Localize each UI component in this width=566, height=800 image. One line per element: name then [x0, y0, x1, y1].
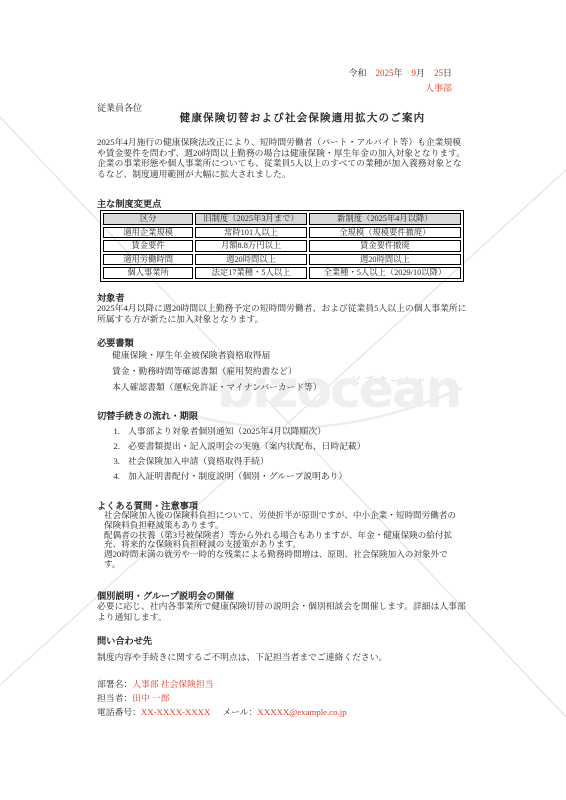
- table-header-cell: 旧制度（2025年3月まで）: [195, 213, 307, 225]
- target-paragraph: 2025年4月以降に週20時間以上勤務予定の短時間労働者、および従業員5人以上の…: [97, 303, 466, 324]
- sessions-line: より通知します。: [97, 612, 466, 623]
- contact-value: XX-XXXX-XXXX: [141, 707, 210, 717]
- flow-step-number: 2.: [106, 441, 120, 451]
- section-heading-contact: 問い合わせ先: [97, 633, 152, 647]
- table-cell: 週20時間以上: [195, 254, 307, 266]
- table-row: 個人事業所 法定17業種・5人以上 全業種・5人以上（2029/10以降）: [103, 267, 461, 279]
- table-row: 適用企業規模 常時101人以上 全規模（規模要件撤廃）: [103, 227, 461, 239]
- date-era: 令和: [348, 68, 366, 78]
- contact-row-department: 部署名：人事部 社会保険担当: [97, 680, 347, 689]
- section-heading-changes: 主な制度変更点: [97, 196, 161, 210]
- contact-value: XXXXX@example.co.jp: [257, 707, 346, 717]
- faq-line: 週20時間未満の就労や一時的な残業による勤務時間増は、原則、社会保険加入の対象外…: [104, 550, 456, 560]
- section-heading-sessions: 個別説明・グループ説明会の開催: [97, 588, 234, 602]
- faq-paragraph: 社会保険加入後の保険料負担について、労使折半が原則ですが、中小企業・短時間労働者…: [104, 511, 456, 570]
- table-cell: 月額8.8万円以上: [195, 240, 307, 252]
- table-cell: 個人事業所: [103, 267, 193, 279]
- table-cell: 週20時間以上: [309, 254, 461, 266]
- table-header-cell: 区分: [103, 213, 193, 225]
- sessions-paragraph: 必要に応じ、社内各事業所で健康保険切替の説明会・個別相談会を開催します。詳細は人…: [97, 601, 466, 622]
- contact-label: 電話番号：: [97, 707, 141, 717]
- flow-step: 4.加入証明書配付・制度説明（個別・グループ説明あり）: [106, 471, 366, 481]
- document-item: 本人確認書類（運転免許証・マイナンバーカード等）: [112, 382, 322, 392]
- date-year: 2025: [375, 68, 393, 78]
- document-item: 健康保険・厚生年金被保険者資格取得届: [112, 350, 322, 360]
- flow-step-number: 4.: [106, 471, 120, 481]
- flow-step-text: 人事部より対象者個別通知（2025年4月以降順次）: [128, 426, 326, 436]
- table-cell: 全規模（規模要件撤廃）: [309, 227, 461, 239]
- flow-step: 2.必要書類提出・記入説明会の実施（案内状配布、日時記載）: [106, 441, 366, 451]
- flow-step-text: 必要書類提出・記入説明会の実施（案内状配布、日時記載）: [128, 441, 366, 451]
- flow-step: 1.人事部より対象者個別通知（2025年4月以降順次）: [106, 426, 366, 436]
- flow-list: 1.人事部より対象者個別通知（2025年4月以降順次） 2.必要書類提出・記入説…: [106, 426, 366, 486]
- documents-list: 健康保険・厚生年金被保険者資格取得届 賃金・勤務時間等確認書類（雇用契約書など）…: [112, 350, 322, 398]
- date-day: 25: [434, 68, 443, 78]
- document-content: 令和2025年9月25日 人事部 従業員各位 健康保険切替および社会保険適用拡大…: [0, 0, 566, 800]
- contact-row-phone-mail: 電話番号：XX-XXXX-XXXXメール：XXXXX@example.co.jp: [97, 708, 347, 717]
- target-line: 所属する方が新たに加入対象となります。: [97, 314, 466, 325]
- contact-label: 部署名：: [97, 679, 132, 689]
- table-cell: 賃金要件: [103, 240, 193, 252]
- table-header-row: 区分 旧制度（2025年3月まで） 新制度（2025年4月以降）: [103, 213, 461, 225]
- flow-step-number: 3.: [106, 456, 120, 466]
- document-page: ビズオーシャン bizocean 令和2025年9月25日 人事部 従業員各位 …: [0, 0, 566, 800]
- section-heading-target: 対象者: [97, 290, 125, 304]
- faq-line: す。: [104, 560, 456, 570]
- document-item: 賃金・勤務時間等確認書類（雇用契約書など）: [112, 366, 322, 376]
- target-line: 2025年4月以降に週20時間以上勤務予定の短時間労働者、および従業員5人以上の…: [97, 303, 466, 314]
- table-cell: 全業種・5人以上（2029/10以降）: [309, 267, 461, 279]
- section-heading-flow: 切替手続きの流れ・期限: [97, 408, 198, 422]
- contact-label: 担当者：: [97, 693, 132, 703]
- table-cell: 適用労働時間: [103, 254, 193, 266]
- sessions-line: 必要に応じ、社内各事業所で健康保険切替の説明会・個別相談会を開催します。詳細は人…: [97, 601, 466, 612]
- table-cell: 法定17業種・5人以上: [195, 267, 307, 279]
- contact-lead: 制度内容や手続きに関するご不明点は、下記担当者までご連絡ください。: [97, 650, 387, 663]
- flow-step-number: 1.: [106, 426, 120, 436]
- table-row: 賃金要件 月額8.8万円以上 賃金要件撤廃: [103, 240, 461, 252]
- table-cell: 適用企業規模: [103, 227, 193, 239]
- contact-info: 部署名：人事部 社会保険担当 担当者：田中 一郎 電話番号：XX-XXXX-XX…: [97, 680, 347, 722]
- table-header-cell: 新制度（2025年4月以降）: [309, 213, 461, 225]
- contact-row-person: 担当者：田中 一郎: [97, 694, 347, 703]
- table-cell: 賃金要件撤廃: [309, 240, 461, 252]
- date-month-unit: 月: [416, 68, 425, 78]
- changes-table: 区分 旧制度（2025年3月まで） 新制度（2025年4月以降） 適用企業規模 …: [100, 210, 464, 282]
- date-day-unit: 日: [443, 68, 452, 78]
- intro-paragraph: 2025年4月施行の健康保険法改正により、短時間労働者（パート・アルバイト等）も…: [97, 137, 471, 179]
- issue-date: 令和2025年9月25日: [96, 66, 452, 79]
- intro-line: るなど、制度適用範囲が大幅に拡大されました。: [97, 169, 471, 180]
- document-title: 健康保険切替および社会保険適用拡大のご案内: [97, 110, 466, 125]
- flow-step-text: 加入証明書配付・制度説明（個別・グループ説明あり）: [128, 471, 347, 481]
- date-year-unit: 年: [393, 68, 402, 78]
- intro-line: 企業の事業形態や個人事業所についても、従業員5人以上のすべての業種が加入義務対象…: [97, 158, 471, 169]
- intro-line: や賃金要件を問わず、週20時間以上勤務の場合は健康保険・厚生年金の加入対象となり…: [97, 148, 471, 159]
- contact-value: 人事部 社会保険担当: [132, 679, 213, 689]
- section-heading-documents: 必要書類: [97, 335, 134, 349]
- contact-value: 田中 一郎: [132, 693, 169, 703]
- table-cell: 常時101人以上: [195, 227, 307, 239]
- issuing-department: 人事部: [96, 81, 452, 94]
- intro-line: 2025年4月施行の健康保険法改正により、短時間労働者（パート・アルバイト等）も…: [97, 137, 471, 148]
- flow-step: 3.社会保険加入申請（資格取得手続）: [106, 456, 366, 466]
- contact-label: メール：: [222, 707, 257, 717]
- table-row: 適用労働時間 週20時間以上 週20時間以上: [103, 254, 461, 266]
- flow-step-text: 社会保険加入申請（資格取得手続）: [128, 456, 269, 466]
